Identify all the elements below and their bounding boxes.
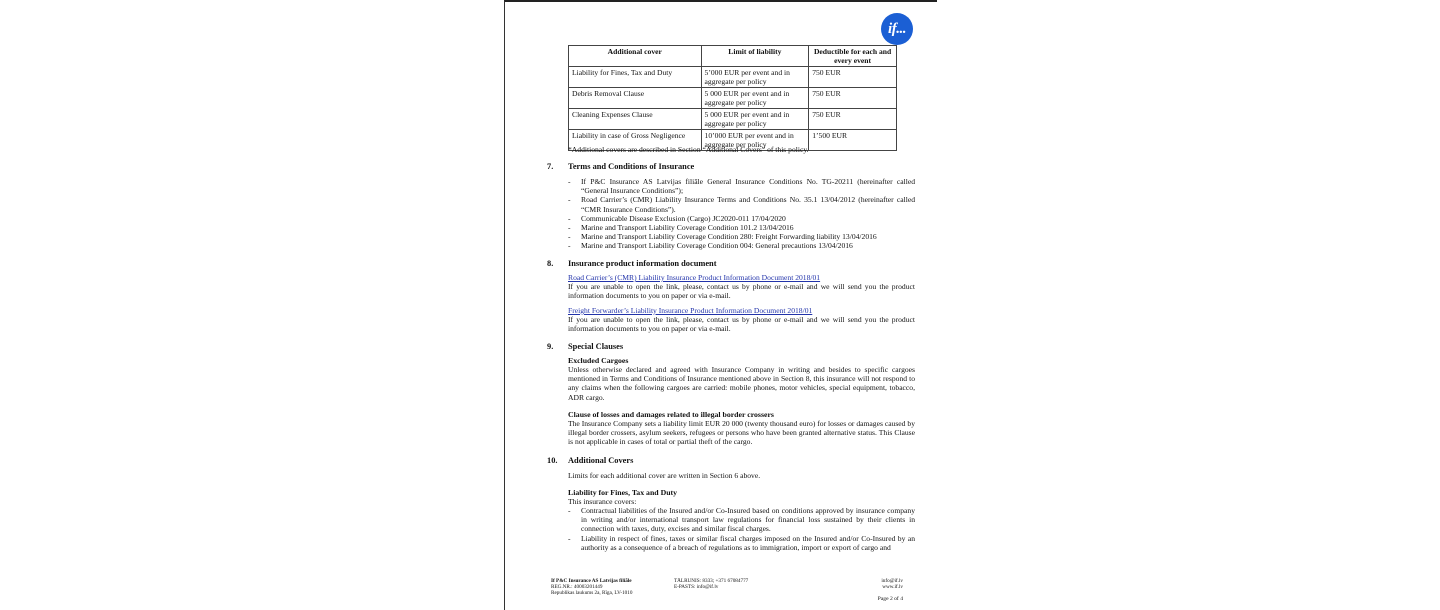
page-number: Page 2 of 4	[850, 596, 903, 602]
list-item: Contractual liabilities of the Insured a…	[568, 506, 915, 534]
cover-name: Debris Removal Clause	[569, 88, 702, 109]
cover-name: Liability for Fines, Tax and Duty	[569, 67, 702, 88]
header-deductible: Deductible for each and every event	[809, 46, 897, 67]
list-item: Marine and Transport Liability Coverage …	[568, 223, 915, 232]
cover-limit: 5’000 EUR per event and in aggregate per…	[701, 67, 809, 88]
border-crossers-heading: Clause of losses and damages related to …	[568, 410, 774, 419]
table-row: Liability for Fines, Tax and Duty 5’000 …	[569, 67, 897, 88]
additional-covers-intro: Limits for each additional cover are wri…	[568, 471, 760, 480]
header-limit-of-liability: Limit of liability	[701, 46, 809, 67]
section-9-title: Special Clauses	[568, 342, 623, 351]
border-crossers-text: The Insurance Company sets a liability l…	[568, 419, 915, 447]
freight-forwarder-product-info-link[interactable]: Freight Forwarder’s Liability Insurance …	[568, 306, 812, 315]
section-10-number: 10.	[547, 456, 557, 465]
cover-limit: 5 000 EUR per event and in aggregate per…	[701, 109, 809, 130]
cmr-product-info-link[interactable]: Road Carrier’s (CMR) Liability Insurance…	[568, 273, 820, 282]
cover-name: Cleaning Expenses Clause	[569, 109, 702, 130]
excluded-cargoes-heading: Excluded Cargoes	[568, 356, 628, 365]
cover-limit: 5 000 EUR per event and in aggregate per…	[701, 88, 809, 109]
fines-tax-duty-heading: Liability for Fines, Tax and Duty	[568, 488, 677, 497]
cover-deductible: 1’500 EUR	[809, 130, 897, 151]
cover-deductible: 750 EUR	[809, 109, 897, 130]
cmr-link-note: If you are unable to open the link, plea…	[568, 282, 915, 300]
table-row: Cleaning Expenses Clause 5 000 EUR per e…	[569, 109, 897, 130]
additional-cover-table: Additional cover Limit of liability Dedu…	[568, 45, 897, 151]
cover-deductible: 750 EUR	[809, 88, 897, 109]
section-8-number: 8.	[547, 259, 553, 268]
covers-lead: This insurance covers:	[568, 497, 636, 506]
footer-company-block: If P&C Insurance AS Latvijas filiāle REG…	[551, 578, 632, 597]
table-row: Debris Removal Clause 5 000 EUR per even…	[569, 88, 897, 109]
terms-list: If P&C Insurance AS Latvijas filiāle Gen…	[568, 177, 915, 251]
list-item: Marine and Transport Liability Coverage …	[568, 232, 915, 241]
footer-address: Republikas laukums 2a, Rīga, LV-1010	[551, 590, 632, 596]
excluded-cargoes-text: Unless otherwise declared and agreed wit…	[568, 365, 915, 402]
section-8-title: Insurance product information document	[568, 259, 717, 268]
header-additional-cover: Additional cover	[569, 46, 702, 67]
section-7-title: Terms and Conditions of Insurance	[568, 162, 694, 171]
section-9-number: 9.	[547, 342, 553, 351]
list-item: Road Carrier’s (CMR) Liability Insurance…	[568, 195, 915, 213]
freight-link-note: If you are unable to open the link, plea…	[568, 315, 915, 333]
section-10-title: Additional Covers	[568, 456, 633, 465]
footer-website: www.if.lv	[860, 584, 903, 590]
if-logo: if...	[881, 13, 913, 45]
footer-web-block: info@if.lv www.if.lv	[860, 578, 903, 590]
footer-contact-block: TĀLRUNIS: 8333; +371 67084777 E-PASTS: i…	[674, 578, 748, 590]
list-item: Marine and Transport Liability Coverage …	[568, 241, 915, 250]
list-item: Communicable Disease Exclusion (Cargo) J…	[568, 214, 915, 223]
footer-email: E-PASTS: info@if.lv	[674, 584, 748, 590]
fines-cover-list: Contractual liabilities of the Insured a…	[568, 506, 915, 552]
table-footnote: *Additional covers are described in Sect…	[568, 145, 809, 154]
list-item: Liability in respect of fines, taxes or …	[568, 534, 915, 552]
cover-deductible: 750 EUR	[809, 67, 897, 88]
list-item: If P&C Insurance AS Latvijas filiāle Gen…	[568, 177, 915, 195]
section-7-number: 7.	[547, 162, 553, 171]
